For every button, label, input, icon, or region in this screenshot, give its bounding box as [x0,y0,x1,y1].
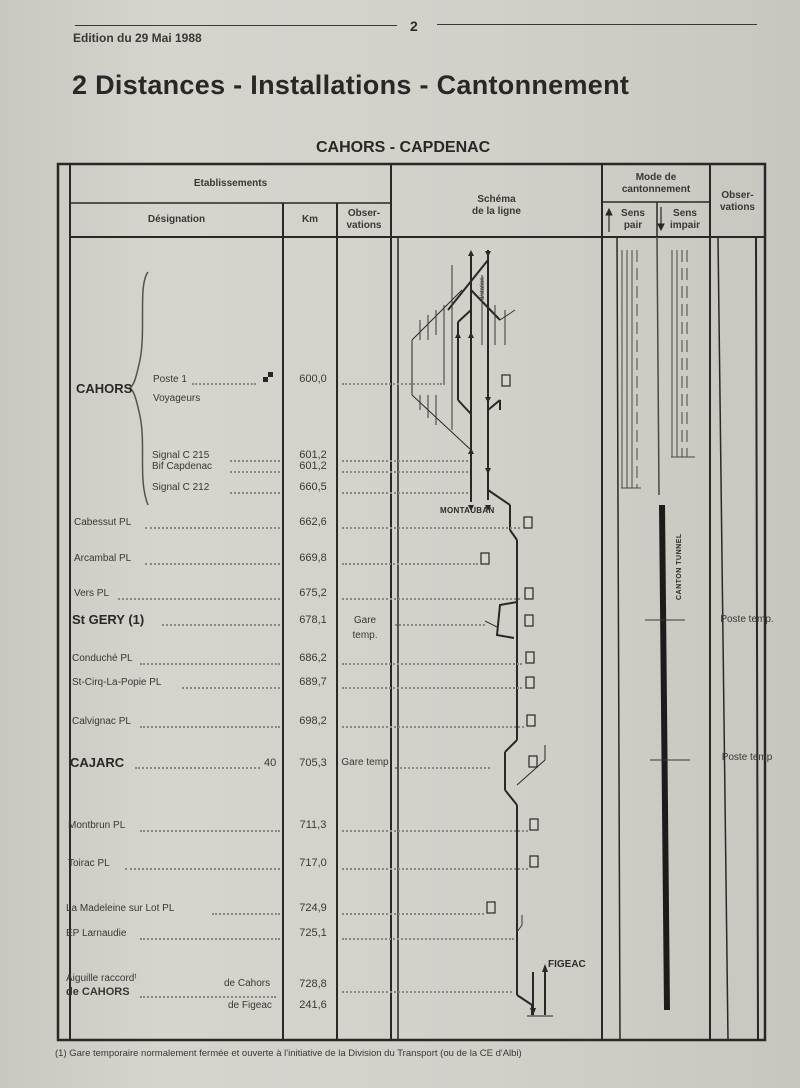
station-label: Arcambal PL [74,553,131,564]
header-schema-line2: de la ligne [391,206,602,218]
header-observations: Obser- vations [337,208,391,232]
station-label: La Madeleine sur Lot PL [66,903,174,914]
leader-dots [342,598,520,600]
station-label: Toirac PL [68,858,110,869]
km-value: 698,2 [288,715,338,727]
km-value: 689,7 [288,676,338,688]
leader-dots [145,563,280,565]
leader-dots [230,492,280,494]
leader-dots [342,563,478,565]
station-cahors: CAHORS [76,381,132,396]
station-label: St GERY (1) [72,612,144,627]
cahors-bif-capdenac: Bif Capdenac [152,461,212,472]
leader-dots [342,830,528,832]
footnote: (1) Gare temporaire normalement fermée e… [55,1048,522,1059]
header-observations-line2: vations [337,220,391,232]
station-label: Vers PL [74,588,109,599]
observation-right-note: Poste temp [712,750,782,765]
km-value: 662,6 [288,516,338,528]
header-mode-line1: Mode de [602,172,710,184]
leader-dots [118,598,280,600]
header-observations-right-line1: Obser- [710,190,765,202]
cahors-signal-c212: Signal C 212 [152,482,209,493]
canton-tunnel-label: CANTON TUNNEL [676,533,683,600]
observation-note: Gare temp. [340,613,390,643]
aiguille-from-cahors-label: de Cahors [224,978,270,989]
header-sens-pair-line2: pair [610,220,656,232]
km-value: 728,8 [288,978,338,990]
leader-dots [162,624,280,626]
station-label: St-Cirq-La-Popie PL [72,677,161,688]
header-km: Km [283,214,337,226]
leader-dots [342,868,528,870]
station-label: Cabessut PL [74,517,131,528]
leader-dots [182,687,280,689]
header-sens-impair: Sens impair [662,208,708,232]
leader-dots [342,913,484,915]
km-value: 678,1 [288,614,338,626]
leader-dots [342,687,522,689]
header-schema: Schéma de la ligne [391,194,602,218]
header-schema-line1: Schéma [391,194,602,206]
leader-dots [140,996,276,998]
leader-dots [342,527,520,529]
leader-dots [192,383,256,385]
km-value: 601,2 [288,460,338,472]
header-mode-line2: cantonnement [602,184,710,196]
station-vertical-label: 3/station [480,277,486,300]
leader-dots [135,767,260,769]
leader-dots [342,663,522,665]
header-observations-right-line2: vations [710,202,765,214]
leader-dots [145,527,280,529]
station-label: CAJARC [70,755,124,770]
checkered-square-icon [263,372,273,382]
montauban-label: MONTAUBAN [440,506,495,515]
leader-dots [342,460,468,462]
cahors-poste-1: Poste 1 [153,374,187,385]
leader-dots [342,492,468,494]
km-value: 725,1 [288,927,338,939]
leader-dots [212,913,280,915]
km-value: 724,9 [288,902,338,914]
header-designation: Désignation [70,214,283,226]
figeac-label: FIGEAC [548,959,586,970]
document-page: 2 Edition du 29 Mai 1988 2 Distances - I… [0,0,800,1088]
station-label: EP Larnaudie [66,928,126,939]
leader-dots [140,663,280,665]
header-sens-impair-line1: Sens [662,208,708,220]
leader-dots [395,767,490,769]
observation-note: Gare temp [340,755,390,770]
km-value: 717,0 [288,857,338,869]
aiguille-label-line2: de CAHORS [66,986,130,998]
leader-dots [140,830,280,832]
header-observations-line1: Obser- [337,208,391,220]
leader-dots [230,471,280,473]
observation-right-note: Poste temp. [712,612,782,627]
leader-dots [125,868,280,870]
station-label: Conduché PL [72,653,133,664]
header-sens-impair-line2: impair [662,220,708,232]
header-sens-pair: Sens pair [610,208,656,232]
aiguille-from-figeac-label: de Figeac [228,1000,272,1011]
km-value: 600,0 [288,373,338,385]
cahors-voyageurs: Voyageurs [153,393,200,404]
header-observations-right: Obser- vations [710,190,765,214]
header-etablissements: Etablissements [70,178,391,190]
km-value: 669,8 [288,552,338,564]
leader-dots [342,726,524,728]
station-label: Montbrun PL [68,820,125,831]
leader-dots [342,991,512,993]
km-value: 711,3 [288,819,338,831]
cahors-signal-c215: Signal C 215 [152,450,209,461]
km-value: 241,6 [288,999,338,1011]
leader-dots [342,383,442,385]
km-value: 705,3 [288,757,338,769]
station-suffix: 40 [264,757,276,769]
leader-dots [230,460,280,462]
leader-dots [342,938,514,940]
header-mode-cantonnement: Mode de cantonnement [602,172,710,196]
leader-dots [140,726,280,728]
km-value: 686,2 [288,652,338,664]
km-value: 675,2 [288,587,338,599]
leader-dots [140,938,280,940]
aiguille-label-line1: Aiguille raccordᵗ [66,973,137,984]
km-value: 660,5 [288,481,338,493]
station-label: Calvignac PL [72,716,131,727]
leader-dots [342,471,468,473]
leader-dots [395,624,485,626]
header-sens-pair-line1: Sens [610,208,656,220]
